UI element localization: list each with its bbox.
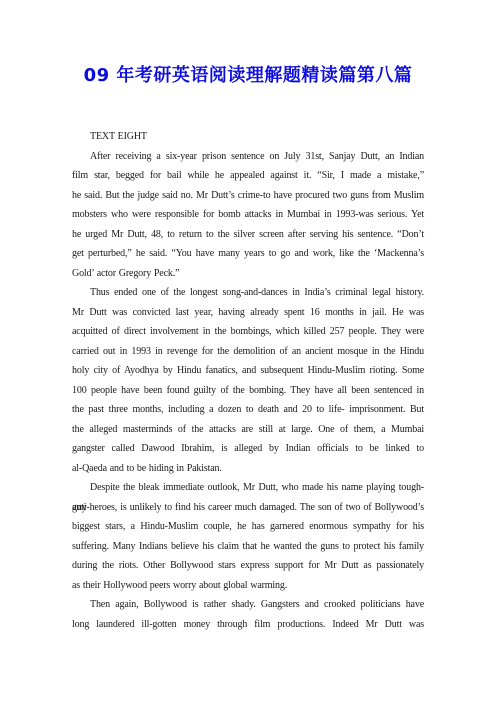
text-line: Despite the bleak immediate outlook, Mr … [72,478,424,498]
text-line: get perturbed,” he said. “You have many … [72,244,424,264]
text-line: Gold’ actor Gregory Peck.” [72,264,424,284]
document-page: 09 年考研英语阅读理解题精读篇第八篇 TEXT EIGHTAfter rece… [0,0,496,702]
text-line: TEXT EIGHT [72,127,424,147]
page-title: 09 年考研英语阅读理解题精读篇第八篇 [0,61,496,87]
text-line: carried out in 1993 in revenge for the d… [72,342,424,362]
text-line: Thus ended one of the longest song-and-d… [72,283,424,303]
paragraph: After receiving a six-year prison senten… [72,147,424,284]
text-line: he said. But the judge said no. Mr Dutt’… [72,186,424,206]
text-line: gangster called Dawood Ibrahim, is alleg… [72,439,424,459]
text-line: biggest stars, a Hindu-Muslim couple, he… [72,517,424,537]
text-line: holy city of Ayodhya by Hindu fanatics, … [72,361,424,381]
document-body: TEXT EIGHTAfter receiving a six-year pri… [72,127,424,634]
text-line: the alleged masterminds of the attacks a… [72,420,424,440]
text-line: long laundered ill-gotten money through … [72,615,424,635]
text-line: Mr Dutt was convicted last year, having … [72,303,424,323]
paragraph: Thus ended one of the longest song-and-d… [72,283,424,478]
text-line: the past three months, including a dozen… [72,400,424,420]
text-line: he urged Mr Dutt, 48, to return to the s… [72,225,424,245]
text-line: suffering. Many Indians believe his clai… [72,537,424,557]
text-line: mobsters who were responsible for bomb a… [72,205,424,225]
text-line: acquitted of direct involvement in the b… [72,322,424,342]
paragraph: Then again, Bollywood is rather shady. G… [72,595,424,634]
text-line: After receiving a six-year prison senten… [72,147,424,167]
text-line: 100 people have been found guilty of the… [72,381,424,401]
text-line: as their Hollywood peers worry about glo… [72,576,424,596]
text-line: film star, begged for bail while he appe… [72,166,424,186]
text-line: during the riots. Other Bollywood stars … [72,556,424,576]
paragraph: TEXT EIGHT [72,127,424,147]
text-line: al-Qaeda and to be hiding in Pakistan. [72,459,424,479]
paragraph: Despite the bleak immediate outlook, Mr … [72,478,424,595]
text-line: anti-heroes, is unlikely to find his car… [72,498,424,518]
text-line: Then again, Bollywood is rather shady. G… [72,595,424,615]
